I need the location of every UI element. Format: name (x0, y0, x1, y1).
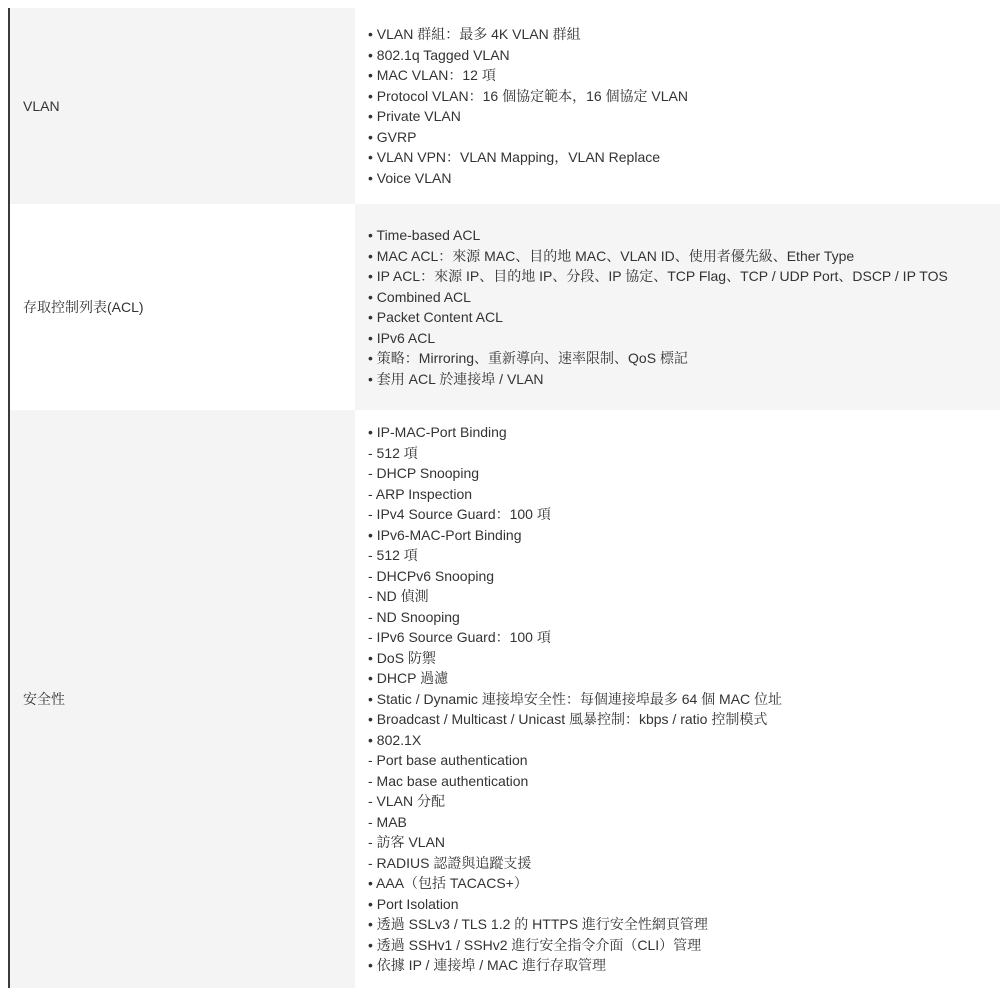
spec-row-values: • Time-based ACL• MAC ACL：來源 MAC、目的地 MAC… (355, 204, 1000, 410)
spec-line: - DHCP Snooping (368, 463, 1000, 484)
spec-line: - IPv4 Source Guard：100 項 (368, 504, 1000, 525)
spec-line: • Private VLAN (368, 106, 1000, 127)
spec-line: - Mac base authentication (368, 771, 1000, 792)
spec-line: - ARP Inspection (368, 484, 1000, 505)
spec-line: • Combined ACL (368, 287, 1000, 308)
spec-line: • 套用 ACL 於連接埠 / VLAN (368, 369, 1000, 390)
spec-line: • AAA（包括 TACACS+） (368, 873, 1000, 894)
spec-line: - MAB (368, 812, 1000, 833)
spec-line: • MAC VLAN：12 項 (368, 65, 1000, 86)
spec-line: • Packet Content ACL (368, 307, 1000, 328)
spec-row: VLAN • VLAN 群組：最多 4K VLAN 群組• 802.1q Tag… (10, 8, 1000, 204)
spec-line: - RADIUS 認證與追蹤支援 (368, 853, 1000, 874)
spec-line: • VLAN VPN：VLAN Mapping，VLAN Replace (368, 147, 1000, 168)
spec-line: • Broadcast / Multicast / Unicast 風暴控制：k… (368, 709, 1000, 730)
spec-row-values: • VLAN 群組：最多 4K VLAN 群組• 802.1q Tagged V… (355, 8, 1000, 204)
spec-line: • IP-MAC-Port Binding (368, 422, 1000, 443)
spec-line: • DHCP 過濾 (368, 668, 1000, 689)
spec-row-label: 存取控制列表(ACL) (10, 204, 355, 410)
spec-line: • 802.1q Tagged VLAN (368, 45, 1000, 66)
spec-line: • 透過 SSLv3 / TLS 1.2 的 HTTPS 進行安全性網頁管理 (368, 914, 1000, 935)
spec-row: 安全性 • IP-MAC-Port Binding- 512 項- DHCP S… (10, 410, 1000, 988)
spec-row: 存取控制列表(ACL) • Time-based ACL• MAC ACL：來源… (10, 204, 1000, 410)
spec-row-values: • IP-MAC-Port Binding- 512 項- DHCP Snoop… (355, 410, 1000, 988)
spec-line: - DHCPv6 Snooping (368, 566, 1000, 587)
spec-line: - 訪客 VLAN (368, 832, 1000, 853)
spec-line: • MAC ACL：來源 MAC、目的地 MAC、VLAN ID、使用者優先級、… (368, 246, 1000, 267)
spec-line: • Protocol VLAN：16 個協定範本，16 個協定 VLAN (368, 86, 1000, 107)
spec-line: - 512 項 (368, 545, 1000, 566)
spec-line: • Time-based ACL (368, 225, 1000, 246)
spec-line: • IPv6-MAC-Port Binding (368, 525, 1000, 546)
spec-line: - Port base authentication (368, 750, 1000, 771)
spec-line: • 依據 IP / 連接埠 / MAC 進行存取管理 (368, 955, 1000, 976)
spec-line: - ND 偵測 (368, 586, 1000, 607)
spec-line: - IPv6 Source Guard：100 項 (368, 627, 1000, 648)
spec-row-label: 安全性 (10, 410, 355, 988)
spec-line: - VLAN 分配 (368, 791, 1000, 812)
spec-line: - 512 項 (368, 443, 1000, 464)
spec-line: • 802.1X (368, 730, 1000, 751)
spec-line: • Static / Dynamic 連接埠安全性：每個連接埠最多 64 個 M… (368, 689, 1000, 710)
spec-line: • Voice VLAN (368, 168, 1000, 189)
spec-line: • Port Isolation (368, 894, 1000, 915)
spec-table: VLAN • VLAN 群組：最多 4K VLAN 群組• 802.1q Tag… (8, 8, 1000, 988)
spec-line: • DoS 防禦 (368, 648, 1000, 669)
spec-line: • VLAN 群組：最多 4K VLAN 群組 (368, 24, 1000, 45)
spec-line: • 透過 SSHv1 / SSHv2 進行安全指令介面（CLI）管理 (368, 935, 1000, 956)
spec-line: • IP ACL：來源 IP、目的地 IP、分段、IP 協定、TCP Flag、… (368, 266, 1000, 287)
spec-row-label: VLAN (10, 8, 355, 204)
spec-line: • GVRP (368, 127, 1000, 148)
spec-line: - ND Snooping (368, 607, 1000, 628)
spec-line: • 策略：Mirroring、重新導向、速率限制、QoS 標記 (368, 348, 1000, 369)
spec-line: • IPv6 ACL (368, 328, 1000, 349)
